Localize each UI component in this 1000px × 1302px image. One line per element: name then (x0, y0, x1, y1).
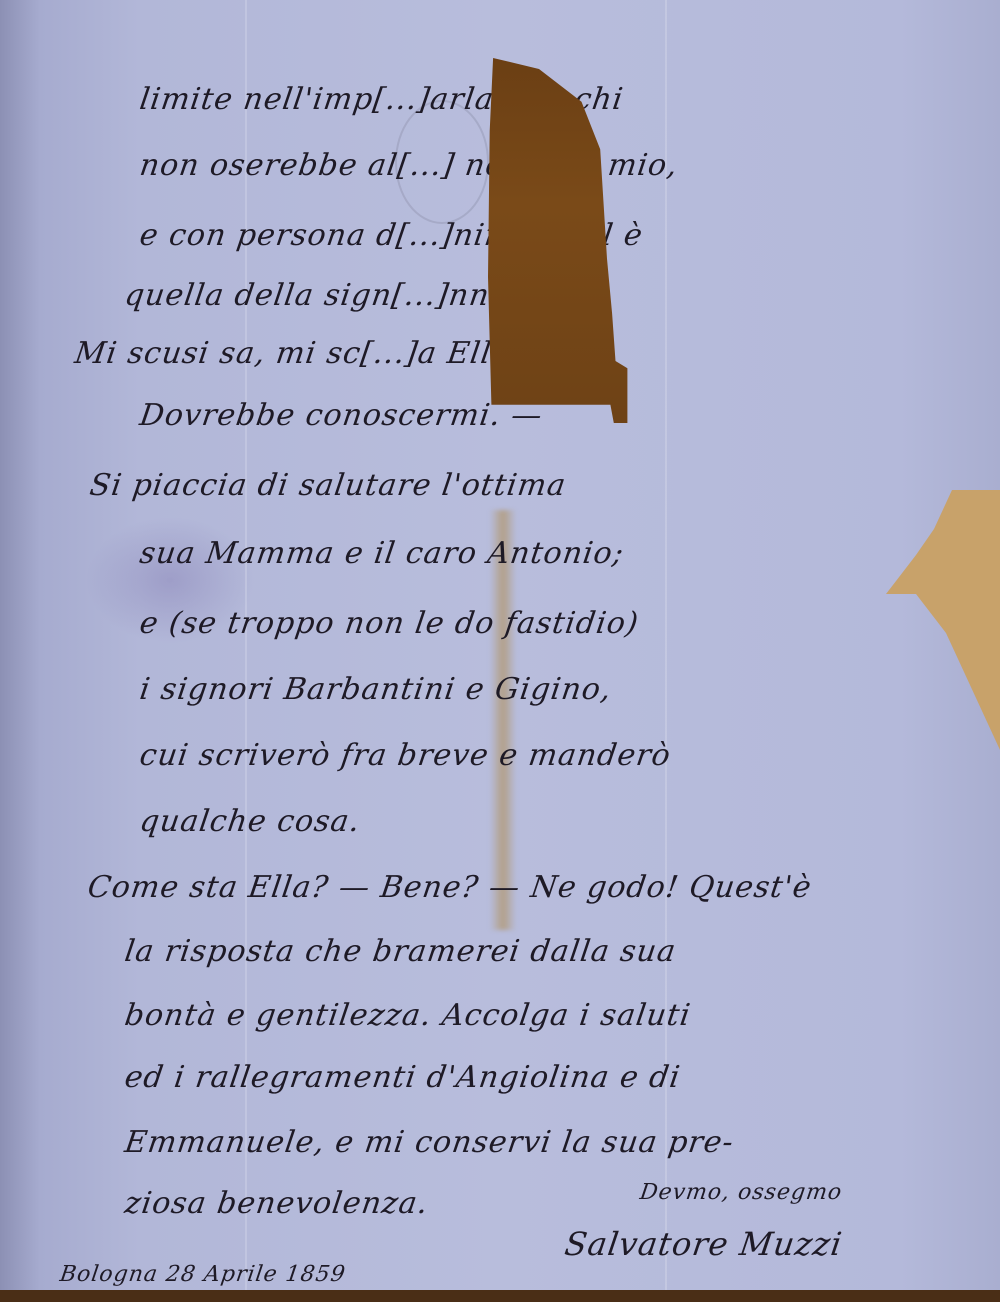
letter-line: la risposta che bramerei dalla sua (123, 934, 679, 969)
letter-line: qualche cosa. (138, 804, 363, 839)
letter-line: ed i rallegramenti d'Angiolina e di (123, 1060, 683, 1095)
letter-line: Dovrebbe conoscermi. — (138, 398, 545, 433)
water-stain (490, 510, 516, 930)
letter-line: e (se troppo non le do fastidio) (138, 606, 642, 641)
fold-crease (245, 0, 247, 1302)
letter-line: ziosa benevolenza. (123, 1186, 431, 1221)
letter-line: bontà e gentilezza. Accolga i saluti (123, 998, 694, 1033)
letter-line: Come sta Ella? — Bene? — Ne godo! Quest'… (86, 870, 814, 905)
fold-crease (665, 0, 667, 1302)
place-date: Bologna 28 Aprile 1859 (58, 1262, 347, 1287)
letter-page: limite nell'imp[...]arla; ma chi non ose… (0, 0, 1000, 1302)
letter-line: cui scriverò fra breve e manderò (138, 738, 674, 773)
closing-salutation: Devmo, ossegmo (638, 1180, 844, 1205)
signature: Salvatore Muzzi (562, 1225, 845, 1263)
letter-line: Emmanuele, e mi conservi la sua pre- (123, 1125, 737, 1160)
backing-board (0, 1290, 1000, 1302)
letter-line: i signori Barbantini e Gigino, (138, 672, 614, 707)
letter-line: sua Mamma e il caro Antonio; (138, 536, 627, 571)
letter-line: Si piaccia di salutare l'ottima (88, 468, 569, 503)
torn-edge (880, 490, 1000, 750)
